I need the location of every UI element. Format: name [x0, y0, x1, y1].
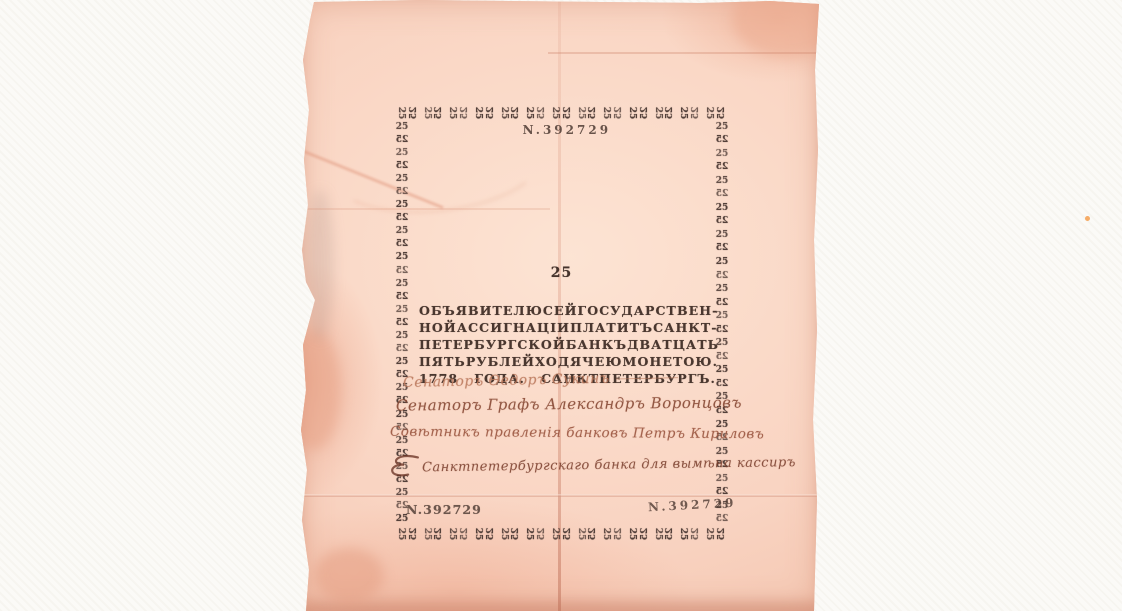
signature-line-3: Совѣтникъ правленія банковъ Петръ Кирило… — [390, 424, 764, 443]
signature-paraph-icon — [386, 453, 420, 479]
border-glyph-25: 25 — [716, 528, 728, 540]
border-glyph-25: 25 — [587, 528, 599, 540]
border-glyph-25: 25 — [690, 107, 702, 119]
border-glyph-25: 25 — [703, 107, 715, 119]
border-glyph-25: 25 — [639, 107, 651, 119]
border-glyph-25: 25 — [396, 173, 408, 185]
paper-stain — [314, 548, 384, 603]
border-glyph-25: 25 — [396, 200, 408, 212]
border-glyph-25: 25 — [510, 107, 522, 119]
note-word: АССИГНАЦІИ — [457, 319, 570, 336]
border-glyph-25: 25 — [626, 107, 638, 119]
border-glyph-25: 25 — [396, 160, 408, 172]
border-glyph-25: 25 — [716, 256, 728, 268]
border-glyph-25: 25 — [421, 528, 433, 540]
note-word: ГОСУДАРСТВЕН- — [578, 302, 719, 319]
border-glyph-25: 25 — [652, 528, 664, 540]
orange-speck — [1085, 216, 1090, 221]
signature-text: Сенаторъ Графъ Александръ Воронцовъ — [396, 393, 742, 414]
border-glyph-25: 25 — [472, 528, 484, 540]
border-glyph-25: 25 — [613, 107, 625, 119]
serial-number-bottom-left: N.392729 — [406, 501, 482, 518]
signature-underline — [616, 377, 678, 379]
note-word: НОЙ — [419, 319, 457, 336]
note-word: ОБЪЯВИТЕЛЮ — [419, 302, 543, 319]
border-glyph-25: 25 — [396, 134, 408, 146]
border-glyph-25: 25 — [716, 135, 728, 147]
border-glyph-25: 25 — [523, 528, 535, 540]
border-glyph-25: 25 — [677, 107, 689, 119]
paper-fold-horizontal — [548, 52, 820, 54]
paper-stain — [306, 190, 334, 340]
border-glyph-25: 25 — [716, 175, 728, 187]
border-glyph-25: 25 — [396, 239, 408, 251]
border-glyph-25: 25 — [575, 528, 587, 540]
border-glyph-25: 25 — [446, 107, 458, 119]
border-glyph-25: 25 — [523, 107, 535, 119]
border-glyph-25: 25 — [664, 528, 676, 540]
border-glyph-25: 25 — [703, 528, 715, 540]
border-glyph-25: 25 — [716, 378, 728, 390]
paper-stain — [732, 0, 842, 58]
border-glyph-25: 25 — [498, 107, 510, 119]
border-glyph-25: 25 — [716, 162, 728, 174]
border-glyph-25: 25 — [396, 278, 408, 290]
border-glyph-25: 25 — [459, 528, 471, 540]
note-word: ПЛАТИТЪ — [570, 319, 653, 336]
border-glyph-25: 25 — [716, 121, 728, 133]
border-glyph-25: 25 — [600, 107, 612, 119]
border-glyph-25: 25 — [690, 528, 702, 540]
border-glyph-25: 25 — [587, 107, 599, 119]
border-glyph-25: 25 — [485, 107, 497, 119]
note-text-line: ПЕТЕРБУРГСКОЙБАНКЪДВАТЦАТЬ — [419, 336, 716, 353]
border-glyph-25: 25 — [652, 107, 664, 119]
signature-line-4: Санктпетербургскаго банка для вымѣна кас… — [386, 448, 796, 480]
border-glyph-25: 25 — [396, 121, 408, 133]
border-glyph-25: 25 — [613, 528, 625, 540]
border-glyph-25: 25 — [396, 344, 408, 356]
border-glyph-25: 25 — [395, 528, 407, 540]
border-glyph-25: 25 — [716, 216, 728, 228]
border-glyph-25: 25 — [716, 270, 728, 282]
border-glyph-25: 25 — [433, 107, 445, 119]
border-glyph-25: 25 — [716, 229, 728, 241]
note-word: ХОДЯЧЕЮ — [535, 353, 622, 370]
border-top: 2525252525252525252525252525252525252525… — [395, 107, 728, 119]
border-glyph-25: 25 — [562, 528, 574, 540]
border-glyph-25: 25 — [639, 528, 651, 540]
border-glyph-25: 25 — [396, 291, 408, 303]
border-glyph-25: 25 — [408, 107, 420, 119]
border-glyph-25: 25 — [395, 107, 407, 119]
note-word: ПЕТЕРБУРГСКОЙ — [419, 336, 566, 353]
note-word: ПЯТЬ — [419, 353, 466, 370]
border-bottom: 2525252525252525252525252525252525252525… — [395, 528, 728, 540]
border-glyph-25: 25 — [549, 528, 561, 540]
border-glyph-25: 25 — [485, 528, 497, 540]
border-glyph-25: 25 — [498, 528, 510, 540]
border-glyph-25: 25 — [716, 148, 728, 160]
border-glyph-25: 25 — [396, 317, 408, 329]
border-glyph-25: 25 — [421, 107, 433, 119]
note-word: БАНКЪ — [566, 336, 628, 353]
border-glyph-25: 25 — [536, 107, 548, 119]
border-glyph-25: 25 — [396, 304, 408, 316]
denomination-numeral: 25 — [551, 265, 572, 281]
border-glyph-25: 25 — [549, 107, 561, 119]
serial-number-top: N.392729 — [523, 123, 611, 137]
note-word: СЕЙ — [543, 302, 578, 319]
note-word: МОНЕТОЮ. — [623, 353, 719, 370]
signature-text: Совѣтникъ правленія банковъ Петръ Кирило… — [390, 424, 764, 443]
border-glyph-25: 25 — [716, 243, 728, 255]
border-glyph-25: 25 — [396, 186, 408, 198]
border-glyph-25: 25 — [396, 265, 408, 277]
paper-stain — [286, 330, 341, 450]
border-glyph-25: 25 — [396, 147, 408, 159]
border-glyph-25: 25 — [433, 528, 445, 540]
border-glyph-25: 25 — [396, 357, 408, 369]
note-word: ДВАТЦАТЬ — [627, 336, 719, 353]
border-glyph-25: 25 — [626, 528, 638, 540]
border-glyph-25: 25 — [716, 107, 728, 119]
border-glyph-25: 25 — [459, 107, 471, 119]
border-glyph-25: 25 — [446, 528, 458, 540]
border-glyph-25: 25 — [575, 107, 587, 119]
note-text-line: НОЙАССИГНАЦІИПЛАТИТЪСАНКТ- — [419, 319, 716, 336]
border-glyph-25: 25 — [716, 202, 728, 214]
signature-line-2: Сенаторъ Графъ Александръ Воронцовъ — [396, 393, 742, 414]
note-text-line: ОБЪЯВИТЕЛЮСЕЙГОСУДАРСТВЕН- — [419, 302, 716, 319]
note-text-line: ПЯТЬРУБЛЕЙХОДЯЧЕЮМОНЕТОЮ. — [419, 353, 716, 370]
signature-text: Санктпетербургскаго банка для вымѣна кас… — [422, 455, 796, 475]
border-glyph-25: 25 — [396, 252, 408, 264]
border-glyph-25: 25 — [396, 488, 408, 500]
border-glyph-25: 25 — [536, 528, 548, 540]
border-glyph-25: 25 — [396, 226, 408, 238]
border-glyph-25: 25 — [716, 514, 728, 526]
border-glyph-25: 25 — [562, 107, 574, 119]
border-glyph-25: 25 — [716, 189, 728, 201]
border-glyph-25: 25 — [396, 331, 408, 343]
banknote-paper: 2525252525252525252525252525252525252525… — [300, 0, 820, 611]
note-word: РУБЛЕЙ — [466, 353, 535, 370]
border-glyph-25: 25 — [664, 107, 676, 119]
border-glyph-25: 25 — [472, 107, 484, 119]
border-glyph-25: 25 — [600, 528, 612, 540]
border-glyph-25: 25 — [396, 213, 408, 225]
border-glyph-25: 25 — [510, 528, 522, 540]
note-word: САНКТ- — [653, 319, 717, 336]
border-glyph-25: 25 — [677, 528, 689, 540]
border-glyph-25: 25 — [408, 528, 420, 540]
border-glyph-25: 25 — [716, 284, 728, 296]
